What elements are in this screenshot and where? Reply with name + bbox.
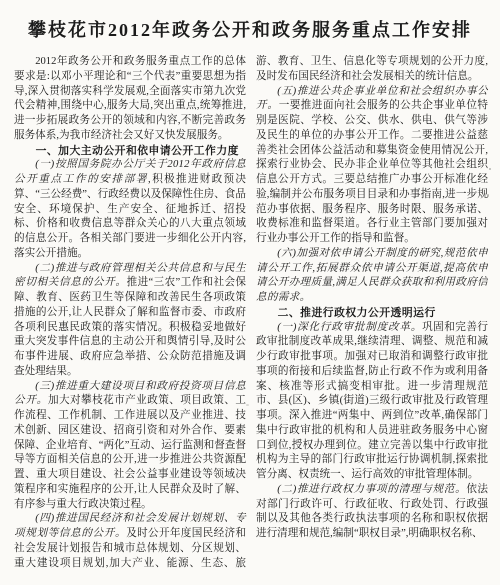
item-body: 巩固和完善行政审批制度改革成果,继续清理、调整、规范和减少行政审批事项。加强对已… xyxy=(256,322,488,481)
document-title: 攀枝花市2012年政务公开和政务服务重点工作安排 xyxy=(0,0,500,43)
section-2-item-2: (二)推进行政权力事项的清理与规范。依法对部门行政许可、行政征收、行政处罚、行政… xyxy=(256,483,488,542)
item-body: 积极推进财政预决算、“三公经费”、行政经费以及保障性住房、食品安全、环境保护、生… xyxy=(14,174,246,259)
section-heading-2: 二、推进行政权力公开透明运行 xyxy=(256,306,488,321)
item-lead: (二)推进行政权力事项的清理与规范。 xyxy=(277,484,466,495)
section-heading-1: 一、加大主动公开和依申请公开工作力度 xyxy=(14,144,246,159)
scan-speck xyxy=(246,404,249,406)
item-body: 加大对攀枝花市产业政策、项目政策、工作流程、工作机制、工作进展以及产业推进、技术… xyxy=(14,395,246,509)
section-1-item-1: (一)按照国务院办公厅关于2012年政府信息公开重点工作的安排部署,积极推进财政… xyxy=(14,158,246,261)
scan-speck xyxy=(487,194,489,197)
document-body: 2012年政务公开和政务服务重点工作的总体要求是:以邓小平理论和“三个代表”重要… xyxy=(14,55,488,583)
scan-speck xyxy=(489,168,491,170)
section-2-item-1: (一)深化行政审批制度改革。巩固和完善行政审批制度改革成果,继续清理、调整、规范… xyxy=(256,321,488,483)
section-1-item-6: (六)加强对依申请公开制度的研究,规范依申请公开工作,拓展群众依申请公开渠道,提… xyxy=(256,247,488,306)
item-lead: (六)加强对依申请公开制度的研究,规范依申请公开工作,拓展群众依申请公开渠道,提… xyxy=(256,248,488,303)
item-lead: (一)深化行政审批制度改革。 xyxy=(277,322,422,333)
section-1-item-5: (五)推进公共企事业单位和社会组织办事公开。一要推进面向社会服务的公共企事业单位… xyxy=(256,85,488,247)
item-body: 推进“三农”工作和社会保障、教育、医药卫生等保障和改善民生各项政策措施的公开,让… xyxy=(14,277,246,377)
intro-paragraph: 2012年政务公开和政务服务重点工作的总体要求是:以邓小平理论和“三个代表”重要… xyxy=(14,55,246,144)
section-1-item-3: (三)推进重大建设项目和政府投资项目信息公开。加大对攀枝花市产业政策、项目政策、… xyxy=(14,380,246,513)
scanned-document-page: 攀枝花市2012年政务公开和政务服务重点工作安排 2012年政务公开和政务服务重… xyxy=(0,0,500,585)
item-body: 一要推进面向社会服务的公共企事业单位特别是医院、学校、公交、供水、供电、供气等涉… xyxy=(256,100,488,244)
section-1-item-2: (二)推进与政府管理相关公共信息和与民生密切相关信息的公开。推进“三农”工作和社… xyxy=(14,262,246,380)
